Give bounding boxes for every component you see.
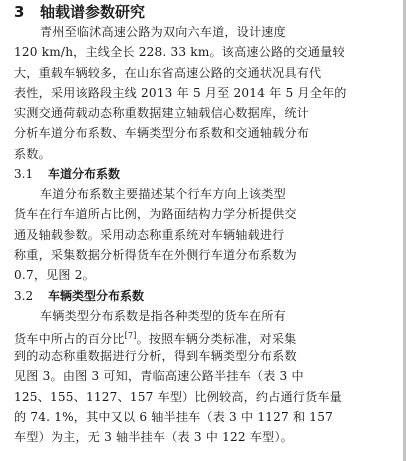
text-line: 实测交通荷载动态称重数据建立轴载信心数据库，统计 — [14, 103, 390, 123]
section-3-1-paragraph: 车道分布系数主要描述某个行车方向上该类型 货车在行车道所占比例，为路面结构力学分… — [14, 184, 390, 285]
text-line: 车型）为主，无 3 轴半挂车（表 3 中 122 车型）。 — [14, 427, 390, 447]
citation-reference[interactable]: [7] — [125, 331, 137, 340]
document-page: 3轴载谱参数研究 青州至临沭高速公路为双向六车道，设计速度 120 km/h，主… — [14, 2, 390, 448]
section-3-heading: 3轴载谱参数研究 — [14, 2, 390, 22]
section-number: 3.2 — [14, 286, 48, 306]
section-3-1-heading: 3.1车道分布系数 — [14, 164, 390, 184]
section-number: 3 — [14, 2, 40, 22]
text-line: 青州至临沭高速公路为双向六车道，设计速度 — [14, 22, 390, 42]
text-line: 120 km/h，主线全长 228. 33 km。该高速公路的交通量较 — [14, 42, 390, 62]
text-line: 0.7，见图 2。 — [14, 265, 390, 285]
section-title: 车辆类型分布系数 — [48, 289, 144, 303]
text-line: 车道分布系数主要描述某个行车方向上该类型 — [14, 184, 390, 204]
text-line: 125、155、1127、157 车型）比例较高，约占通行货车量 — [14, 387, 390, 407]
text-line: 分析车道分布系数、车辆类型分布系数和交通轴载分布 — [14, 123, 390, 143]
text-line: 通及轴载参数。采用动态称重系统对车辆轴载进行 — [14, 225, 390, 245]
text-line: 到的动态称重数据进行分析，得到车辆类型分布系数 — [14, 346, 390, 366]
section-3-paragraph: 青州至临沭高速公路为双向六车道，设计速度 120 km/h，主线全长 228. … — [14, 22, 390, 164]
text-segment: 货车中所占的百分比 — [14, 332, 125, 346]
text-segment: 。按照车辆分类标准，对采集 — [137, 332, 297, 346]
section-3-2-heading: 3.2车辆类型分布系数 — [14, 286, 390, 306]
text-line: 车辆类型分布系数是指各种类型的货车在所有 — [14, 306, 390, 326]
text-line: 表性，采用该路段主线 2013 年 5 月至 2014 年 5 月全年的 — [14, 83, 390, 103]
section-3-2-paragraph: 车辆类型分布系数是指各种类型的货车在所有 货车中所占的百分比[7]。按照车辆分类… — [14, 306, 390, 448]
section-title: 车道分布系数 — [48, 167, 120, 181]
text-line: 货车在行车道所占比例，为路面结构力学分析提供交 — [14, 204, 390, 224]
text-line: 货车中所占的百分比[7]。按照车辆分类标准，对采集 — [14, 326, 390, 346]
text-line: 的 74. 1%，其中又以 6 轴半挂车（表 3 中 1127 和 157 — [14, 407, 390, 427]
section-title: 轴载谱参数研究 — [40, 3, 145, 21]
section-number: 3.1 — [14, 164, 48, 184]
text-line: 大，重载车辆较多，在山东省高速公路的交通状况具有代 — [14, 63, 390, 83]
text-line: 系数。 — [14, 144, 390, 164]
text-line: 见图 3。由图 3 可知，青临高速公路半挂车（表 3 中 — [14, 366, 390, 386]
text-line: 称重，采集数据分析得货车在外侧行车道分布系数为 — [14, 245, 390, 265]
